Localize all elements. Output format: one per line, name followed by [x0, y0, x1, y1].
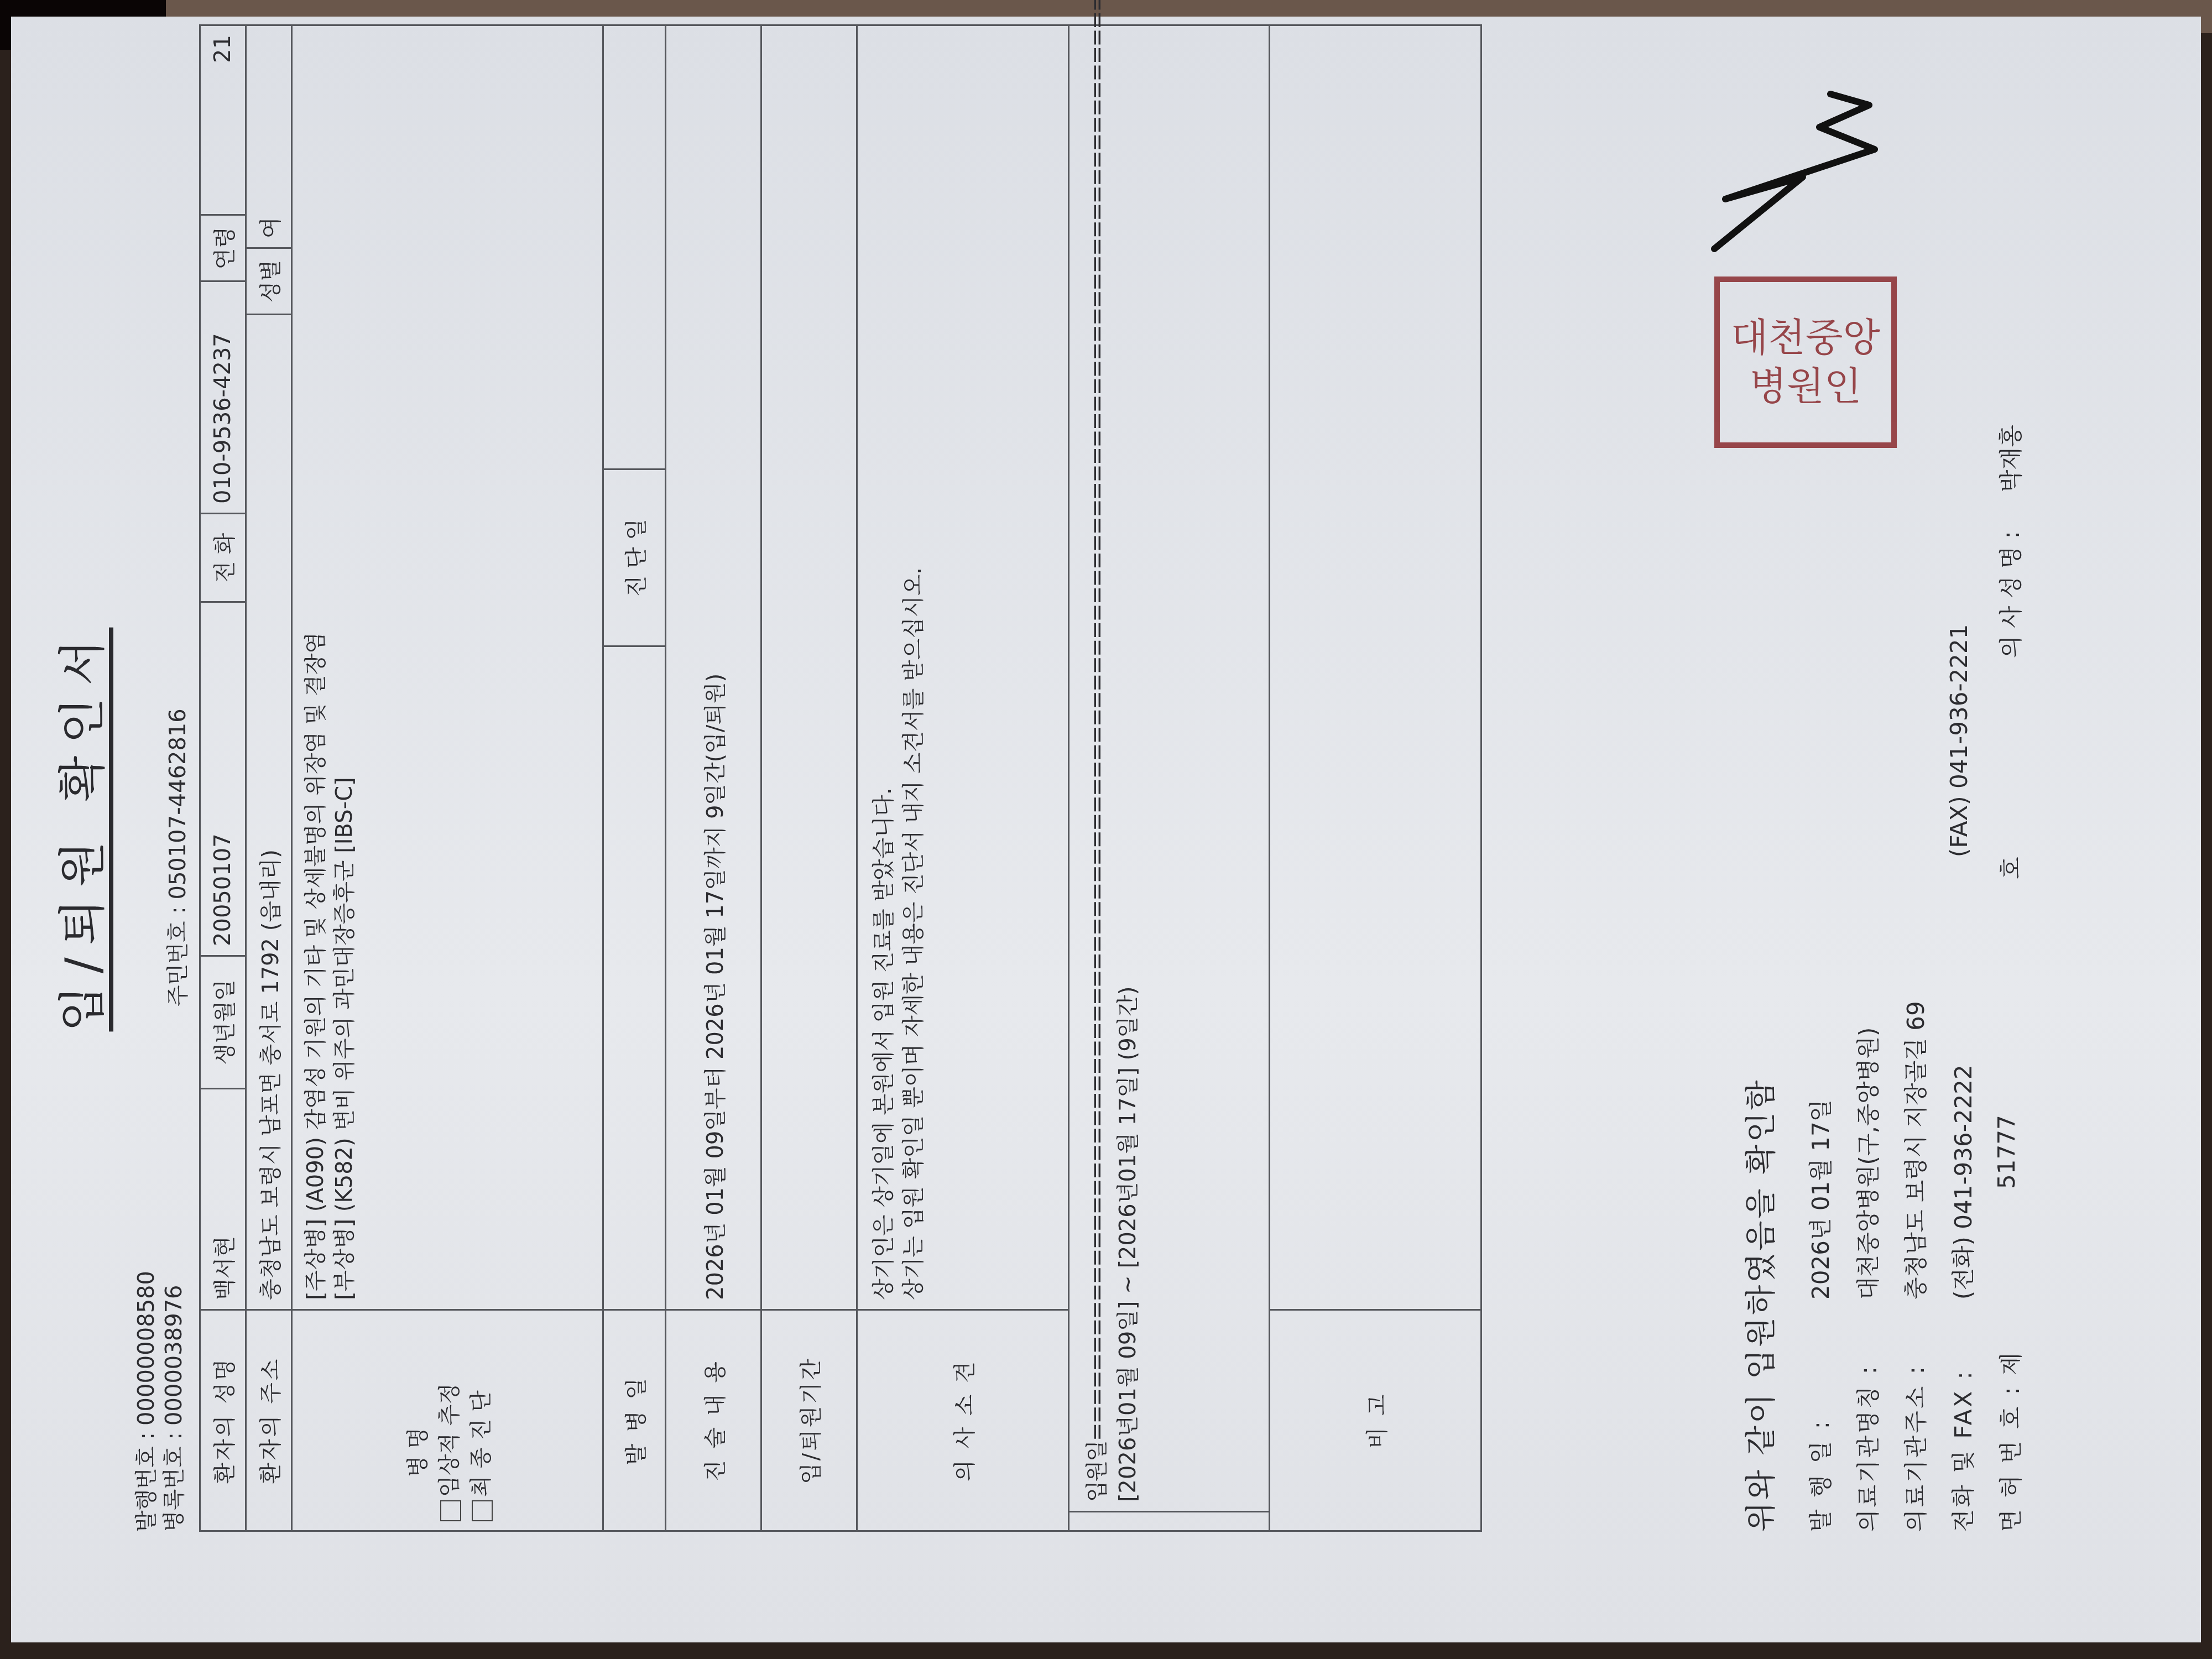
issue-date-label: 발 행 일 : [1803, 1300, 1836, 1532]
final-diagnosis-checkbox[interactable] [472, 1500, 493, 1521]
patient-info-row: 환자의 성명 백서현 생년월일 20050107 전 화 010-9536-42… [201, 26, 247, 1530]
treatment-content: 2026년 01월 09일부터 2026년 01월 17일까지 9일간(입/퇴원… [666, 26, 760, 1309]
certificate-form-table: 환자의 성명 백서현 생년월일 20050107 전 화 010-9536-42… [199, 24, 1482, 1532]
patient-sex: 여 [247, 26, 291, 247]
opinion-content: 상기인은 상기일에 본원에서 입원 진료를 받았습니다. 상기는 입원 확인일 … [858, 26, 1068, 1309]
issue-number: 00000008580 [133, 1271, 160, 1426]
photo-frame: 입/퇴원 확인서 발행번호 : 00000008580 병록번호 : 00000… [0, 0, 2212, 1659]
diagnosis-row: 병 명 임상적 추정 최 종 진 단 [주상병] (A090) 감염성 기원의 … [293, 26, 604, 1530]
opinion-line: 상기인은 상기일에 본원에서 입원 진료를 받았습니다. [869, 788, 899, 1300]
admission-note-row: 입원일=====================================… [1070, 26, 1270, 1530]
patient-name: 백서현 [201, 1088, 245, 1309]
resident-number: 주민번호 : 050107-4462816 [160, 708, 192, 1006]
diagnosis-date [604, 26, 665, 468]
onset-label: 발 병 일 [604, 1309, 665, 1530]
patient-age: 21 [201, 26, 245, 214]
treatment-label: 진 술 내 용 [666, 1309, 760, 1530]
doctor-signature [1692, 50, 1891, 260]
birth-label: 생년월일 [201, 955, 245, 1088]
age-label: 연령 [201, 214, 245, 280]
address-label: 환자의 주소 [247, 1309, 291, 1530]
admission-prefix: 입원일 [1084, 1441, 1110, 1502]
hospital-seal-stamp: 대천중앙병원인 [1714, 276, 1897, 448]
doctor-name: 박재홍 [1993, 425, 2026, 492]
license-suffix: 호 [1993, 658, 2026, 879]
institution-address-label: 의료기관주소 : [1898, 1300, 1931, 1532]
treatment-row: 진 술 내 용 2026년 01월 09일부터 2026년 01월 17일까지 … [666, 26, 762, 1530]
patient-phone: 010-9536-4237 [201, 280, 245, 513]
period-label: 입/퇴원기간 [762, 1309, 856, 1530]
opinion-label: 의 사 소 견 [858, 1309, 1068, 1530]
diagnosis-date-label: 진 단 일 [604, 468, 665, 645]
doctor-label: 의 사 성 명 : [1993, 492, 2026, 658]
institution-label: 의료기관명칭 : [1850, 1300, 1884, 1532]
onset-date [604, 645, 665, 1309]
onset-row: 발 병 일 진 단 일 [604, 26, 666, 1530]
document-numbers: 발행번호 : 00000008580 병록번호 : 0000038976 [133, 1271, 188, 1532]
license-number: 51777 [1993, 879, 2026, 1300]
admission-range: [2026년01월 09일] ~ [2026년01월 17일] (9일간) [1113, 987, 1144, 1502]
birth-date: 20050107 [201, 601, 245, 955]
patient-name-label: 환자의 성명 [201, 1309, 245, 1530]
diagnosis-content: [주상병] (A090) 감염성 기원의 기타 및 상세불명의 위장염 및 결장… [293, 26, 602, 1309]
institution-address: 충청남도 보령시 지장골길 69 [1898, 28, 1931, 1300]
admission-note: 입원일=====================================… [1070, 0, 1269, 1511]
diagnosis-label: 병 명 임상적 추정 최 종 진 단 [293, 1309, 602, 1530]
institution-phone: (전화) 041-936-2222 [1945, 857, 1979, 1300]
dash-separator: ========================================… [1084, 0, 1110, 1441]
certificate-paper: 입/퇴원 확인서 발행번호 : 00000008580 병록번호 : 00000… [11, 17, 2201, 1642]
phone-label: 전 화 [201, 513, 245, 601]
period-value [762, 26, 856, 1309]
clinical-estimate-checkbox[interactable] [440, 1500, 461, 1521]
secondary-diagnosis: [부상병] (K582) 변비 위주의 과민대장증후군 [IBS-C] [330, 777, 359, 1300]
license-label: 면 허 번 호 : 제 [1993, 1300, 2026, 1532]
period-row: 입/퇴원기간 [762, 26, 858, 1530]
institution-fax: (FAX) 041-936-2221 [1945, 624, 1979, 857]
record-number: 0000038976 [160, 1285, 188, 1426]
phone-fax-label: 전화 및 FAX : [1945, 1300, 1979, 1532]
opinion-row: 의 사 소 견 상기인은 상기일에 본원에서 입원 진료를 받았습니다. 상기는… [858, 26, 1070, 1530]
patient-address: 충청남도 보령시 남포면 충서로 1792 (읍내리) [247, 314, 291, 1309]
remarks-row: 비 고 [1270, 26, 1480, 1530]
address-row: 환자의 주소 충청남도 보령시 남포면 충서로 1792 (읍내리) 성별 여 [247, 26, 293, 1530]
document-title: 입/퇴원 확인서 [44, 17, 113, 1642]
record-number-label: 병록번호 [160, 1446, 188, 1532]
opinion-line: 상기는 입원 확인일 뿐이며 자세한 내용은 진단서 내지 소견서를 받으십시오… [899, 567, 928, 1300]
sex-label: 성별 [247, 247, 291, 314]
primary-diagnosis: [주상병] (A090) 감염성 기원의 기타 및 상세불명의 위장염 및 결장… [301, 632, 330, 1300]
remarks-value [1270, 26, 1480, 1309]
issue-number-label: 발행번호 [133, 1446, 160, 1532]
remarks-label: 비 고 [1270, 1309, 1480, 1530]
